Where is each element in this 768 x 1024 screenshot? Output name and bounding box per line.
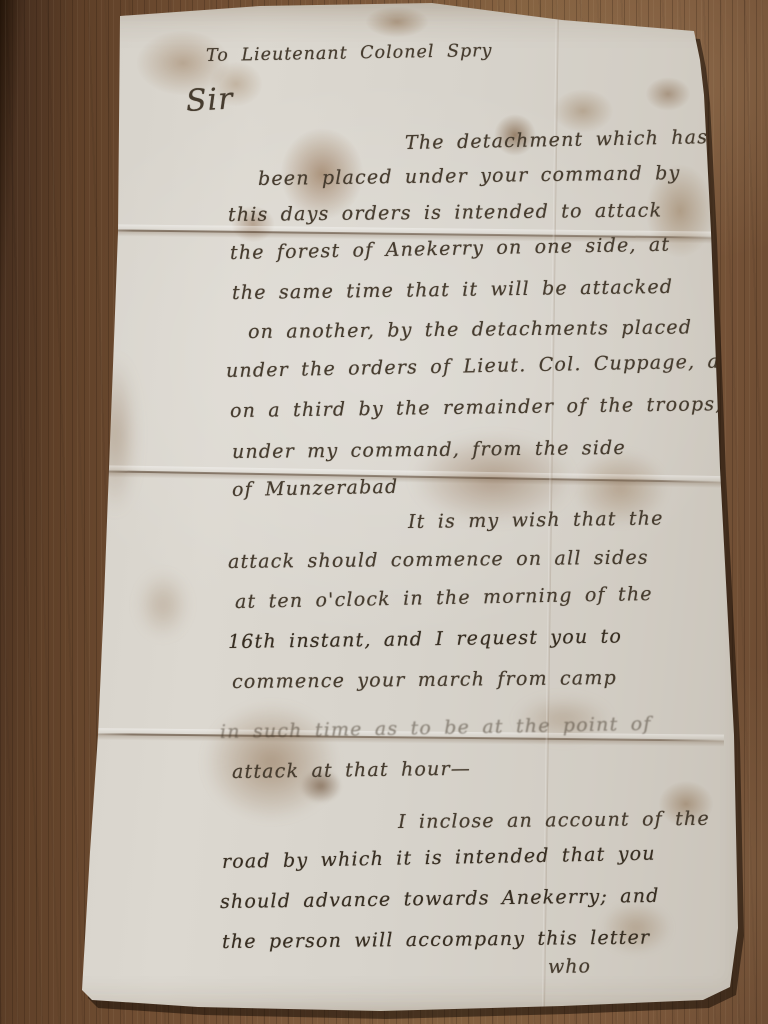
letter-line: the forest of Anekerry on one side, at [230, 234, 671, 264]
letter-line: in such time as to be at the point of [220, 713, 652, 743]
stain-blot [128, 560, 198, 650]
letter-line: should advance towards Anekerry; and [220, 885, 660, 913]
letter-line: this days orders is intended to attack [228, 199, 662, 226]
letter-recipient: To Lieutenant Colonel Spry [206, 41, 493, 66]
letter-line: on another, by the detachments placed [248, 316, 692, 343]
letter-line: the person will accompany this letter [222, 927, 650, 953]
letter-line: commence your march from camp [232, 667, 617, 693]
letter-catchword: who [548, 955, 591, 978]
horizontal-fold-crease [88, 465, 724, 488]
letter-line: The detachment which has [405, 126, 709, 154]
letter-line: on a third by the remainder of the troop… [230, 393, 723, 422]
stain-blot [636, 70, 700, 118]
letter-line: under my command, from the side [232, 437, 626, 463]
letter-line: attack at that hour— [232, 758, 471, 783]
photo-of-handwritten-letter: To Lieutenant Colonel Spry Sir The detac… [0, 0, 768, 1024]
letter-line: at ten o'clock in the morning of the [235, 583, 653, 613]
letter-line: It is my wish that the [408, 507, 664, 533]
letter-line: 16th instant, and I request you to [228, 625, 622, 653]
letter-line: attack should commence on all sides [228, 547, 649, 573]
stain-blot [352, 0, 442, 44]
letter-line: of Munzerabad [232, 476, 399, 501]
letter-salutation: Sir [185, 82, 234, 119]
crease-line [88, 470, 724, 483]
letter-line: been placed under your command by [258, 162, 681, 190]
letter-line: the same time that it will be attacked [232, 276, 674, 304]
letter-line: I inclose an account of the [398, 808, 710, 833]
letter-line: road by which it is intended that you [222, 843, 656, 873]
letter-line: under the orders of Lieut. Col. Cuppage,… [226, 350, 747, 382]
